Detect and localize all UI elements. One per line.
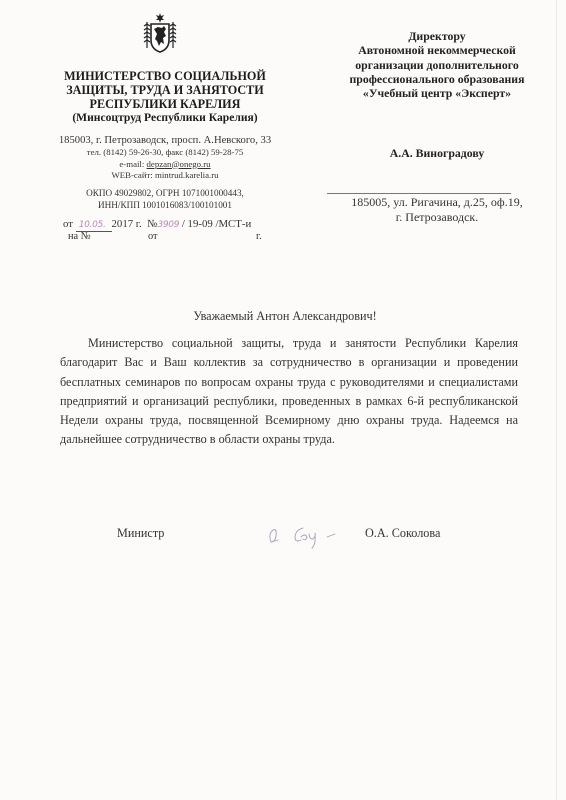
address-divider [327,193,511,194]
addressee-address-line: г. Петрозаводск. [312,210,562,225]
sender-registration-codes: ОКПО 49029802, ОГРН 1071001000443, ИНН/К… [40,188,290,212]
handwritten-signature-icon [265,520,355,550]
addressee-block: Директору Автономной некоммерческой орга… [312,29,562,100]
org-line: ЗАЩИТЫ, ТРУДА И ЗАНЯТОСТИ [40,83,290,97]
addressee-line: Директору [312,29,562,43]
incoming-reference: на № от г. [68,231,288,245]
addressee-address-line: 185005, ул. Ригачина, д.25, оф.19, [312,195,562,210]
page-edge [556,0,557,800]
email-link[interactable]: depzan@onego.ru [147,159,211,169]
addressee-line: «Учебный центр «Эксперт» [312,86,562,100]
addressee-line: профессионального образования [312,72,562,86]
ref-year: 2017 г. [112,218,142,230]
reply-from-label: от [148,231,158,242]
ref-number-suffix: / 19-09 /МСТ-и [182,218,251,230]
addressee-address: 185005, ул. Ригачина, д.25, оф.19, г. Пе… [312,195,562,224]
org-line: РЕСПУБЛИКИ КАРЕЛИЯ [40,97,290,111]
salutation: Уважаемый Антон Александрович! [50,309,520,324]
email-label: e-mail: [119,159,146,169]
outgoing-reference: от 10.05.2017 г. №3909 / 19-09 /МСТ-и [63,218,251,232]
sender-organization: МИНИСТЕРСТВО СОЦИАЛЬНОЙ ЗАЩИТЫ, ТРУДА И … [40,69,290,125]
org-line: МИНИСТЕРСТВО СОЦИАЛЬНОЙ [40,69,290,83]
reply-year-label: г. [256,231,262,242]
ref-number-label: № [147,218,157,230]
codes-okpo-ogrn: ОКПО 49029802, ОГРН 1071001000443, [40,188,290,200]
ref-number-handwritten: 3909 [157,220,179,230]
addressee-line: организации дополнительного [312,58,562,72]
addressee-name: А.А. Виноградову [312,146,562,161]
karelia-coat-of-arms-icon [143,12,177,54]
signatory-title: Министр [117,526,164,541]
sender-email-line: e-mail: depzan@onego.ru [40,159,290,171]
reply-number-label: на № [68,231,91,242]
codes-inn-kpp: ИНН/КПП 1001016083/100101001 [40,200,290,212]
addressee-line: Автономной некоммерческой [312,43,562,57]
ref-from-label: от [63,218,73,230]
letter-body: Министерство социальной защиты, труда и … [60,334,518,450]
org-short-name: (Минсоцтруд Республики Карелия) [40,111,290,125]
signatory-name: О.А. Соколова [365,526,440,541]
sender-contacts: 185003, г. Петрозаводск, просп. А.Невско… [40,135,290,182]
sender-phone: тел. (8142) 59-26-30, факс (8142) 59-28-… [40,147,290,159]
sender-address: 185003, г. Петрозаводск, просп. А.Невско… [40,135,290,147]
sender-website: WEB-сайт: mintrud.karelia.ru [40,170,290,182]
ref-date-handwritten: 10.05. [79,220,106,230]
